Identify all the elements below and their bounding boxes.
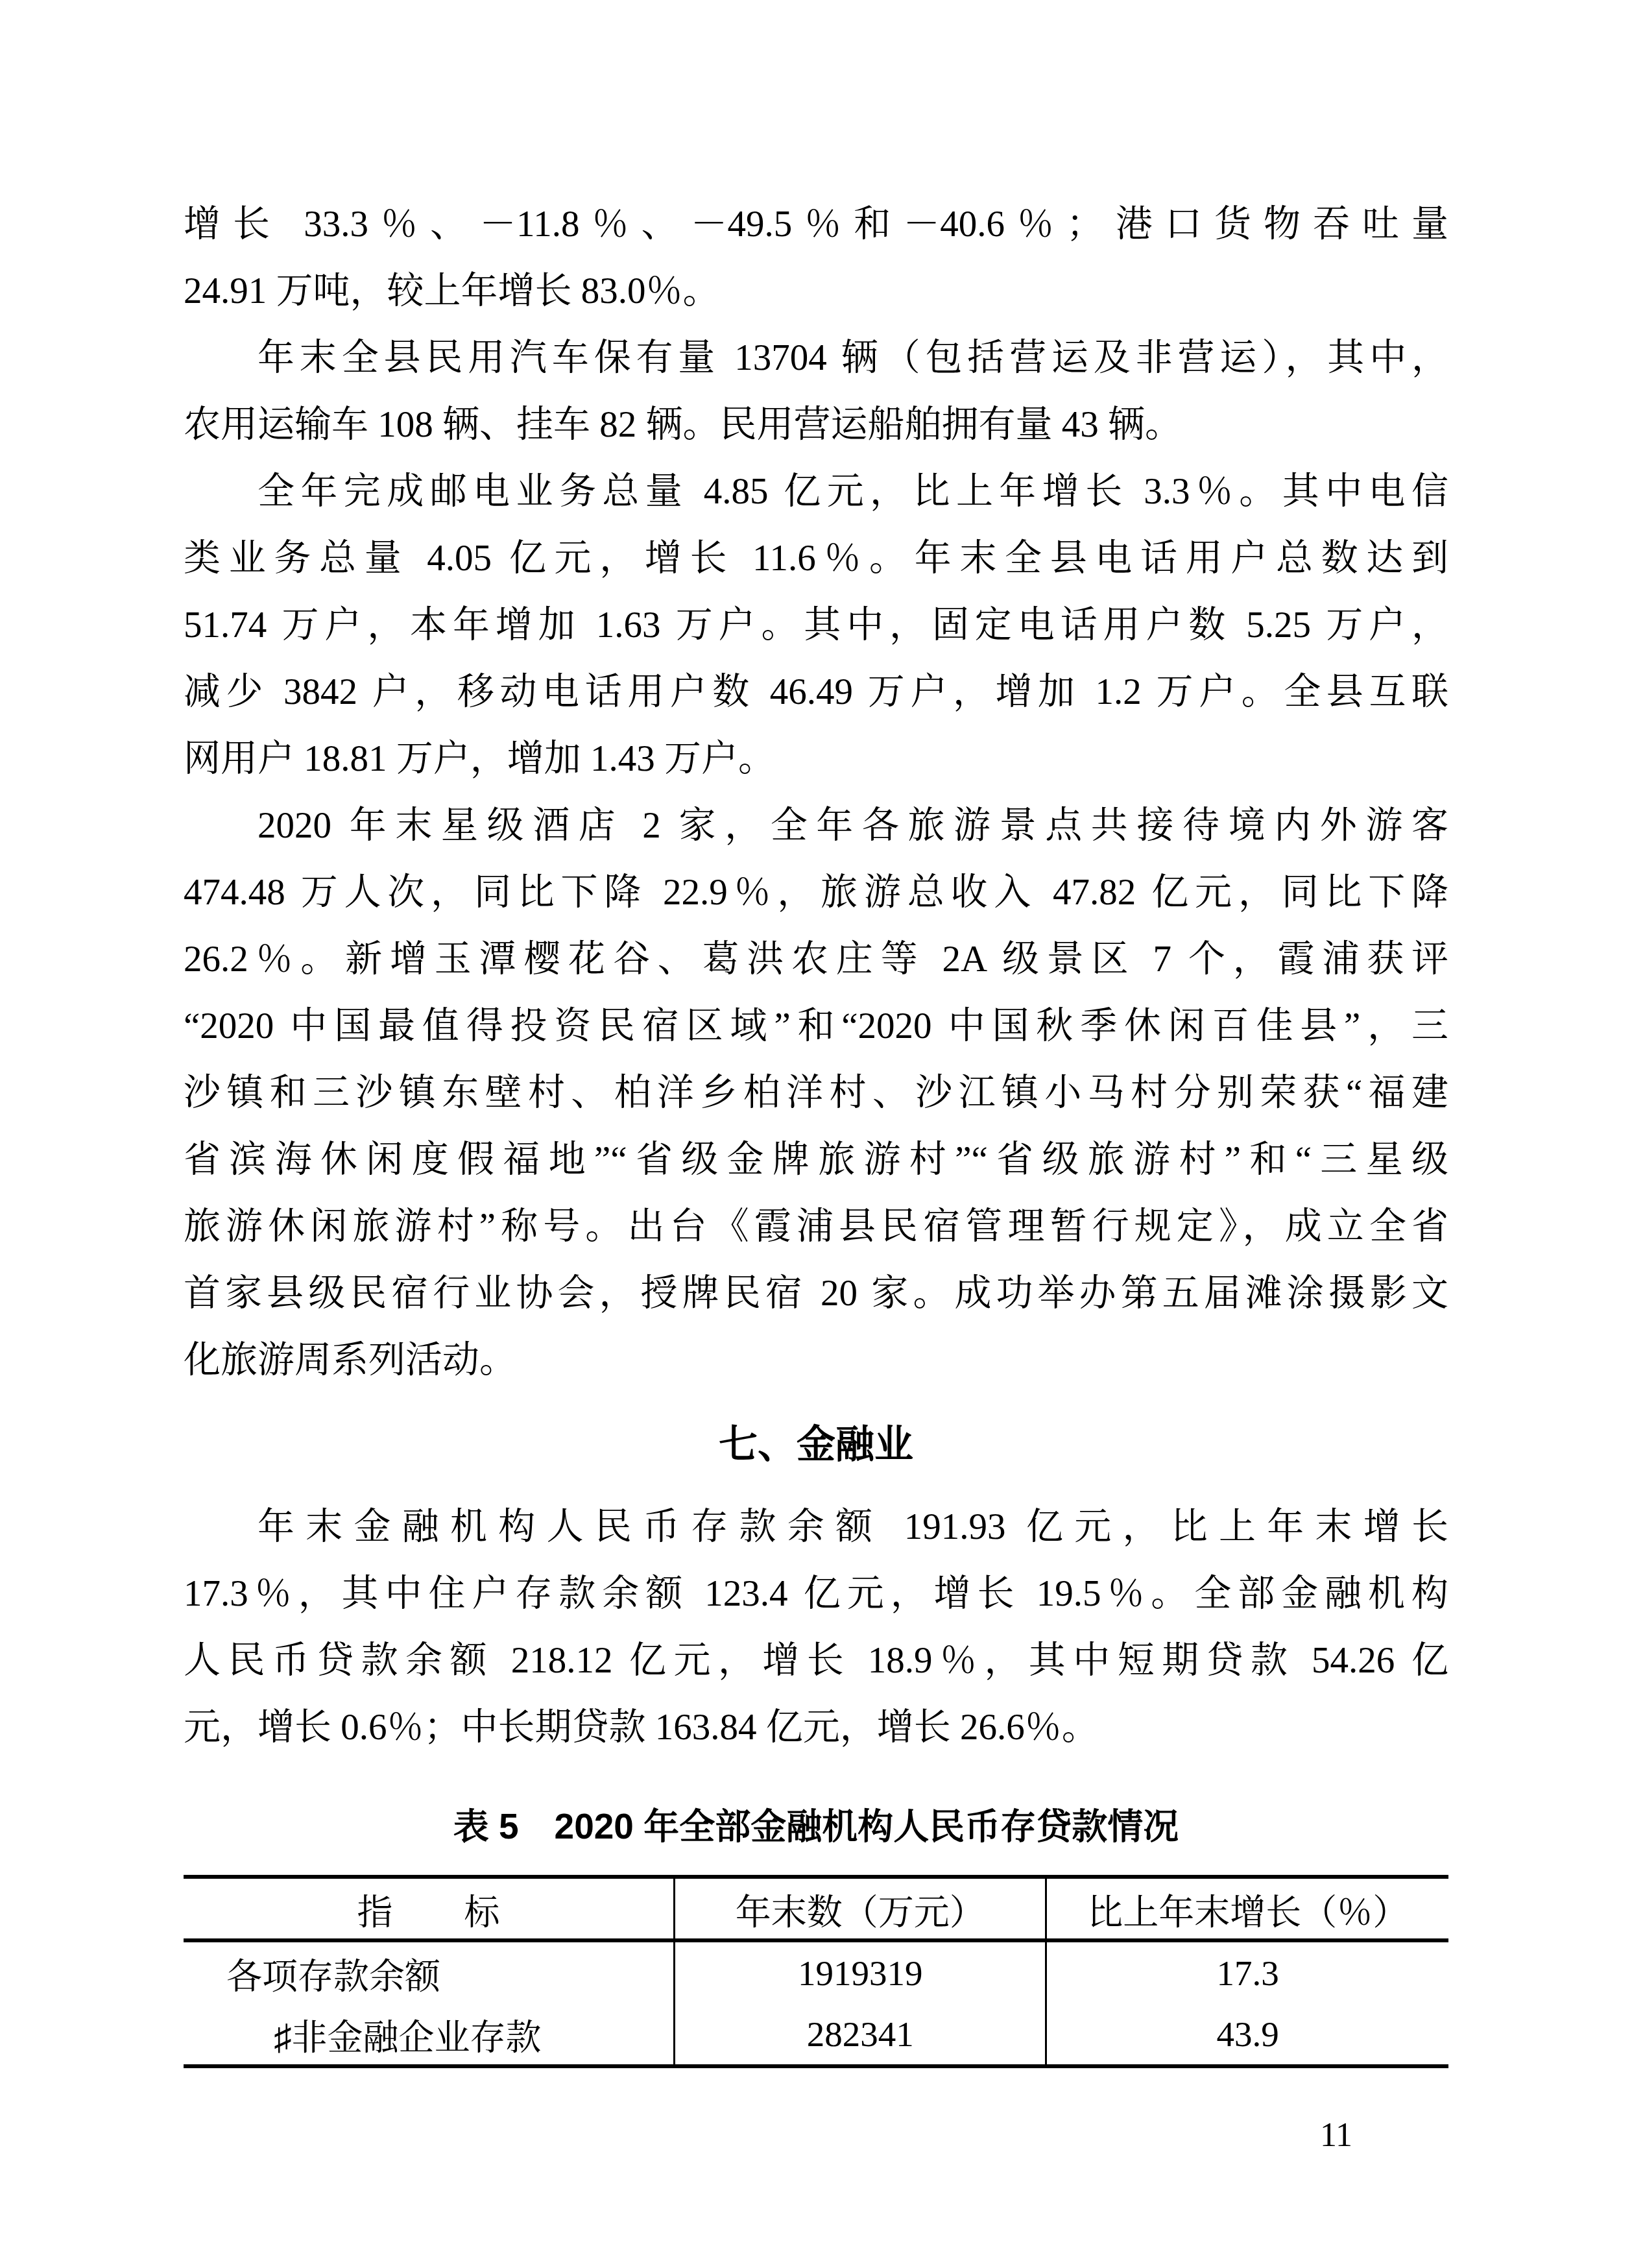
section-heading-finance: 七、金融业 [184, 1396, 1448, 1493]
document-page: 增长 33.3％、－11.8％、－49.5％和－40.6％；港口货物吞吐量 24… [0, 0, 1632, 2268]
paragraph-line: 26.2％。新增玉潭樱花谷、葛洪农庄等 2A 级景区 7 个，霞浦获评 [184, 926, 1448, 993]
paragraph-line: 24.91 万吨，较上年增长 83.0％。 [184, 258, 1448, 324]
table-header-row: 指 标 年末数（万元） 比上年末增长（％） [184, 1877, 1448, 1940]
table-cell-value: 282341 [675, 2003, 1046, 2066]
paragraph-line: 474.48 万人次，同比下降 22.9％，旅游总收入 47.82 亿元，同比下… [184, 859, 1448, 926]
table-row: 各项存款余额 1919319 17.3 [184, 1940, 1448, 2003]
paragraph-line: “2020 中国最值得投资民宿区域”和“2020 中国秋季休闲百佳县”，三 [184, 993, 1448, 1059]
table-cell-growth: 43.9 [1046, 2003, 1448, 2066]
paragraph-line: 2020 年末星级酒店 2 家，全年各旅游景点共接待境内外游客 [184, 792, 1448, 859]
paragraph-line: 年末全县民用汽车保有量 13704 辆（包括营运及非营运），其中， [184, 324, 1448, 391]
paragraph-line: 元，增长 0.6％；中长期贷款 163.84 亿元，增长 26.6％。 [184, 1694, 1448, 1761]
table-header-indicator: 指 标 [184, 1877, 675, 1940]
paragraph-line: 网用户 18.81 万户，增加 1.43 万户。 [184, 725, 1448, 792]
paragraph-line: 17.3％，其中住户存款余额 123.4 亿元，增长 19.5％。全部金融机构 [184, 1560, 1448, 1627]
paragraph-line: 沙镇和三沙镇东壁村、柏洋乡柏洋村、沙江镇小马村分别荣获“福建 [184, 1059, 1448, 1126]
paragraph-line: 旅游休闲旅游村”称号。出台《霞浦县民宿管理暂行规定》，成立全省 [184, 1193, 1448, 1260]
paragraph-line: 农用运输车 108 辆、挂车 82 辆。民用营运船舶拥有量 43 辆。 [184, 391, 1448, 458]
page-content: 增长 33.3％、－11.8％、－49.5％和－40.6％；港口货物吞吐量 24… [184, 191, 1448, 2068]
table-5-deposits-loans: 指 标 年末数（万元） 比上年末增长（％） 各项存款余额 1919319 17.… [184, 1875, 1448, 2068]
table-cell-indicator: 各项存款余额 [184, 1940, 675, 2003]
paragraph-line: 省滨海休闲度假福地”“省级金牌旅游村”“省级旅游村”和“三星级 [184, 1126, 1448, 1193]
page-number: 11 [1320, 2116, 1352, 2155]
table-header-value: 年末数（万元） [675, 1877, 1046, 1940]
table-header-growth: 比上年末增长（％） [1046, 1877, 1448, 1940]
paragraph-line: 首家县级民宿行业协会，授牌民宿 20 家。成功举办第五届滩涂摄影文 [184, 1260, 1448, 1327]
paragraph-line: 类业务总量 4.05 亿元，增长 11.6％。年末全县电话用户总数达到 [184, 525, 1448, 592]
paragraph-line: 增长 33.3％、－11.8％、－49.5％和－40.6％；港口货物吞吐量 [184, 191, 1448, 258]
table-cell-growth: 17.3 [1046, 1940, 1448, 2003]
paragraph-line: 减少 3842 户，移动电话用户数 46.49 万户，增加 1.2 万户。全县互… [184, 658, 1448, 725]
table-5-title: 表 5 2020 年全部金融机构人民币存贷款情况 [184, 1787, 1448, 1865]
paragraph-line: 51.74 万户，本年增加 1.63 万户。其中，固定电话用户数 5.25 万户… [184, 592, 1448, 658]
paragraph-line: 人民币贷款余额 218.12 亿元，增长 18.9％，其中短期贷款 54.26 … [184, 1627, 1448, 1694]
table-row: ♯非金融企业存款 282341 43.9 [184, 2003, 1448, 2066]
paragraph-line: 年末金融机构人民币存款余额 191.93 亿元，比上年末增长 [184, 1493, 1448, 1560]
table-cell-value: 1919319 [675, 1940, 1046, 2003]
paragraph-line: 全年完成邮电业务总量 4.85 亿元，比上年增长 3.3％。其中电信 [184, 458, 1448, 525]
paragraph-line: 化旅游周系列活动。 [184, 1327, 1448, 1393]
table-cell-indicator: ♯非金融企业存款 [184, 2003, 675, 2066]
